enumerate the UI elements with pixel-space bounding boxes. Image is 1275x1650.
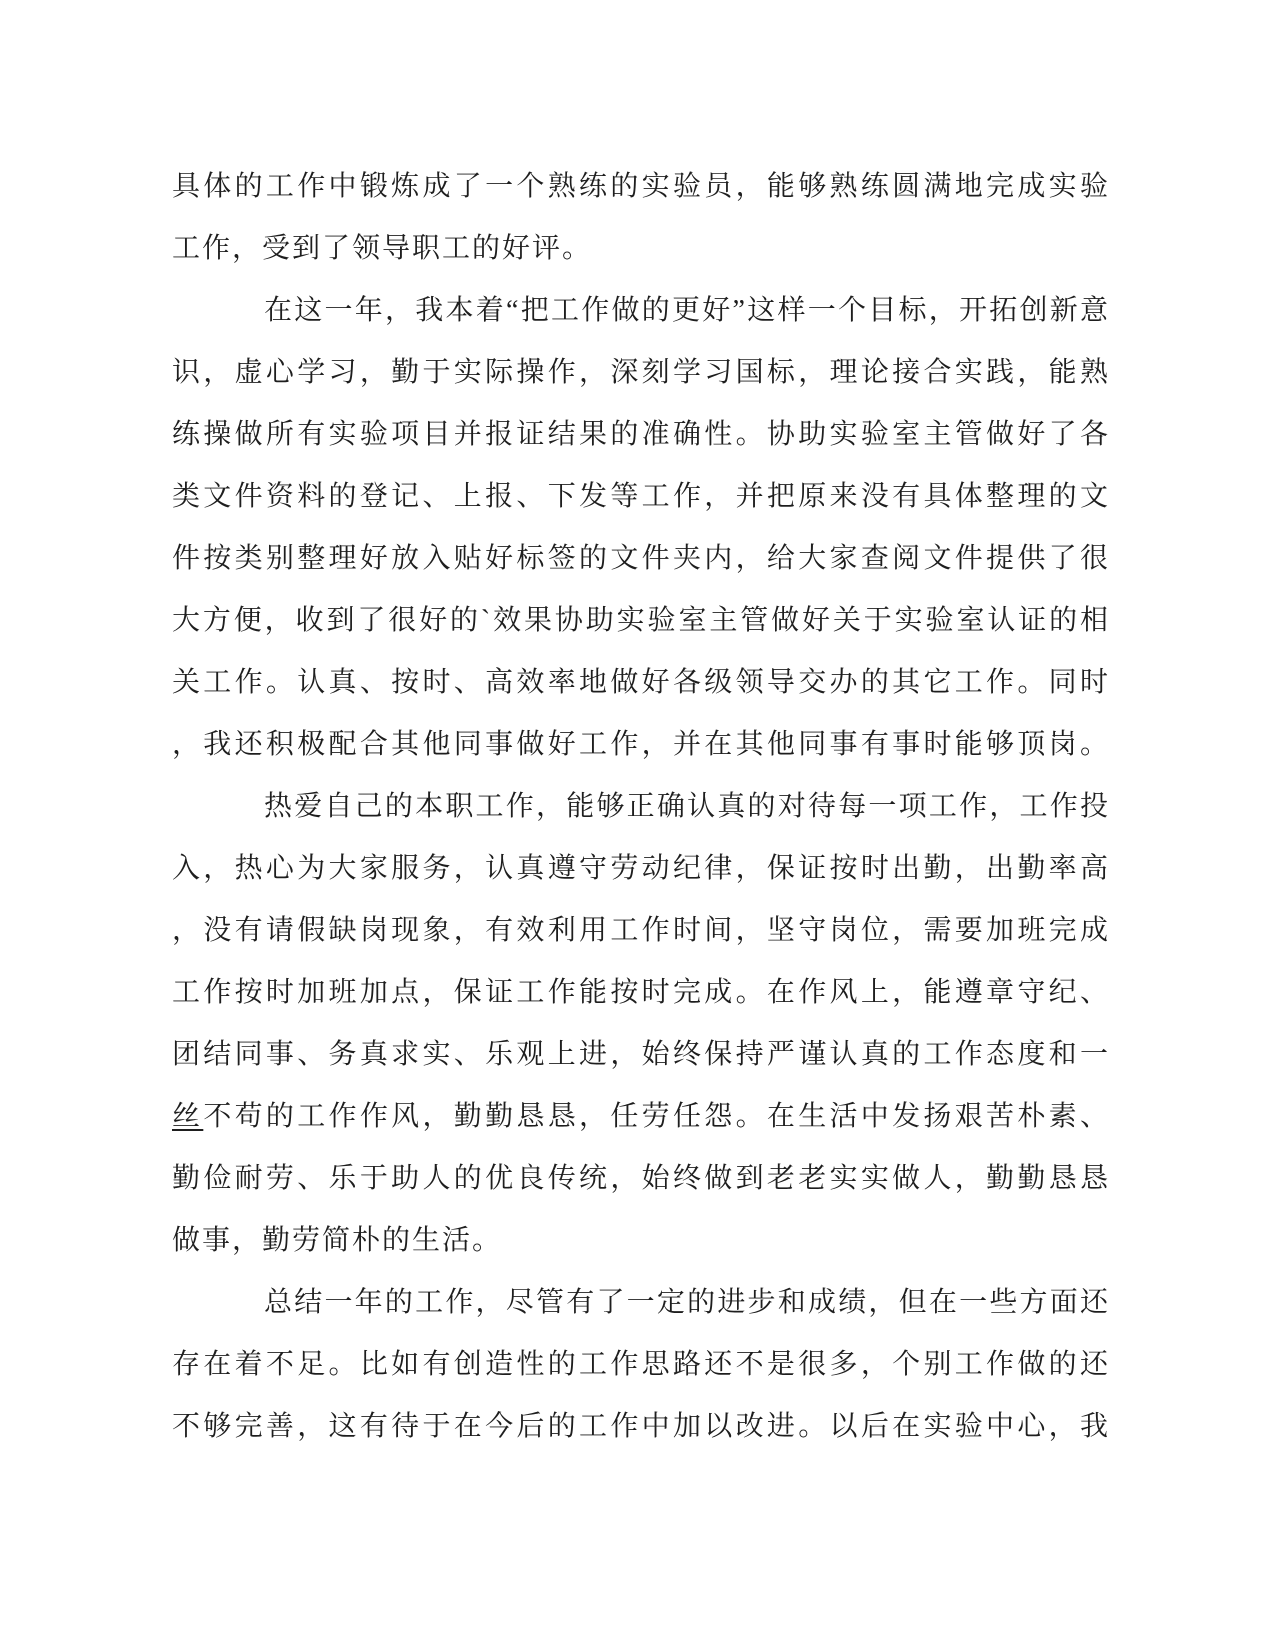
text-line: 丝不苟的工作作风，勤勤恳恳，任劳任怨。在生活中发扬艰苦朴素、 (172, 1086, 1110, 1148)
text-line: 练操做所有实验项目并报证结果的准确性。协助实验室主管做好了各 (172, 404, 1110, 466)
underlined-text: 丝 (172, 1101, 203, 1132)
paragraph: 总结一年的工作，尽管有了一定的进步和成绩，但在一些方面还存在着不足。比如有创造性… (172, 1272, 1110, 1458)
text-line: 总结一年的工作，尽管有了一定的进步和成绩，但在一些方面还 (172, 1272, 1110, 1334)
paragraph: 具体的工作中锻炼成了一个熟练的实验员，能够熟练圆满地完成实验工作，受到了领导职工… (172, 156, 1110, 280)
text-line: ，没有请假缺岗现象，有效利用工作时间，坚守岗位，需要加班完成 (172, 900, 1110, 962)
text-line: 工作按时加班加点，保证工作能按时完成。在作风上，能遵章守纪、 (172, 962, 1110, 1024)
document-body: 具体的工作中锻炼成了一个熟练的实验员，能够熟练圆满地完成实验工作，受到了领导职工… (172, 156, 1110, 1458)
text-line: 热爱自己的本职工作，能够正确认真的对待每一项工作，工作投 (172, 776, 1110, 838)
text-line: 入，热心为大家服务，认真遵守劳动纪律，保证按时出勤，出勤率高 (172, 838, 1110, 900)
text-line: 识，虚心学习，勤于实际操作，深刻学习国标，理论接合实践，能熟 (172, 342, 1110, 404)
document-page: 具体的工作中锻炼成了一个熟练的实验员，能够熟练圆满地完成实验工作，受到了领导职工… (0, 0, 1275, 1650)
text-line: 关工作。认真、按时、高效率地做好各级领导交办的其它工作。同时 (172, 652, 1110, 714)
text-line: 在这一年，我本着“把工作做的更好”这样一个目标，开拓创新意 (172, 280, 1110, 342)
text-line: 存在着不足。比如有创造性的工作思路还不是很多，个别工作做的还 (172, 1334, 1110, 1396)
text-line: 件按类别整理好放入贴好标签的文件夹内，给大家查阅文件提供了很 (172, 528, 1110, 590)
text-line: 工作，受到了领导职工的好评。 (172, 218, 1110, 280)
text-line: 不够完善，这有待于在今后的工作中加以改进。以后在实验中心，我 (172, 1396, 1110, 1458)
text-line: 类文件资料的登记、上报、下发等工作，并把原来没有具体整理的文 (172, 466, 1110, 528)
text-line: 团结同事、务真求实、乐观上进，始终保持严谨认真的工作态度和一 (172, 1024, 1110, 1086)
text-line: ，我还积极配合其他同事做好工作，并在其他同事有事时能够顶岗。 (172, 714, 1110, 776)
text-line: 大方便，收到了很好的`效果协助实验室主管做好关于实验室认证的相 (172, 590, 1110, 652)
text-line: 勤俭耐劳、乐于助人的优良传统，始终做到老老实实做人，勤勤恳恳 (172, 1148, 1110, 1210)
text-line: 具体的工作中锻炼成了一个熟练的实验员，能够熟练圆满地完成实验 (172, 156, 1110, 218)
paragraph: 在这一年，我本着“把工作做的更好”这样一个目标，开拓创新意识，虚心学习，勤于实际… (172, 280, 1110, 776)
text-line: 做事，勤劳简朴的生活。 (172, 1210, 1110, 1272)
paragraph: 热爱自己的本职工作，能够正确认真的对待每一项工作，工作投入，热心为大家服务，认真… (172, 776, 1110, 1272)
